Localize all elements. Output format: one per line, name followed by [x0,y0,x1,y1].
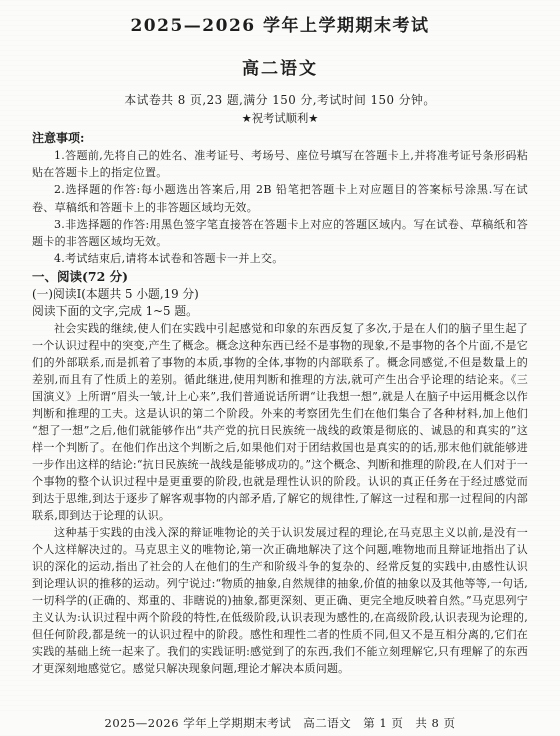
paper-info-line: 本试卷共 8 页,23 题,满分 150 分,考试时间 150 分钟。 [32,92,528,108]
notice-item-3: 3.非选择题的作答:用黑色签字笔直接答在答题卡上对应的答题区域内。写在试卷、草稿… [32,216,528,250]
exam-wish-line: ★祝考试顺利★ [32,111,528,126]
exam-paper-page: 2025—2026 学年上学期期末考试 高二语文 本试卷共 8 页,23 题,满… [0,0,560,736]
passage-paragraph-1: 社会实践的继续,使人们在实践中引起感觉和印象的东西反复了多次,于是在人们的脑子里… [32,320,528,524]
subsection-heading-reading-1: (一)阅读Ⅰ(本题共 5 小题,19 分) [32,286,528,303]
exam-subject: 高二语文 [32,57,528,81]
notice-item-2: 2.选择题的作答:每小题选出答案后,用 2B 铅笔把答题卡上对应题目的答案标号涂… [32,181,528,215]
notice-item-1: 1.答题前,先将自己的姓名、准考证号、考场号、座位号填写在答题卡上,并将准考证号… [32,147,528,181]
reading-passage: 社会实践的继续,使人们在实践中引起感觉和印象的东西反复了多次,于是在人们的脑子里… [32,320,528,677]
exam-title: 2025—2026 学年上学期期末考试 [32,14,528,38]
notices-heading: 注意事项: [32,130,528,147]
reading-instruction: 阅读下面的文字,完成 1~5 题。 [32,303,528,320]
section-heading-reading: 一、阅读(72 分) [32,268,528,286]
page-footer: 2025—2026 学年上学期期末考试 高二语文 第 1 页 共 8 页 [0,715,560,731]
notice-item-4: 4.考试结束后,请将本试卷和答题卡一并上交。 [32,250,528,267]
passage-paragraph-2: 这种基于实践的由浅入深的辩证唯物论的关于认识发展过程的理论,在马克思主义以前,是… [32,524,528,677]
notices-block: 注意事项: 1.答题前,先将自己的姓名、准考证号、考场号、座位号填写在答题卡上,… [32,130,528,267]
